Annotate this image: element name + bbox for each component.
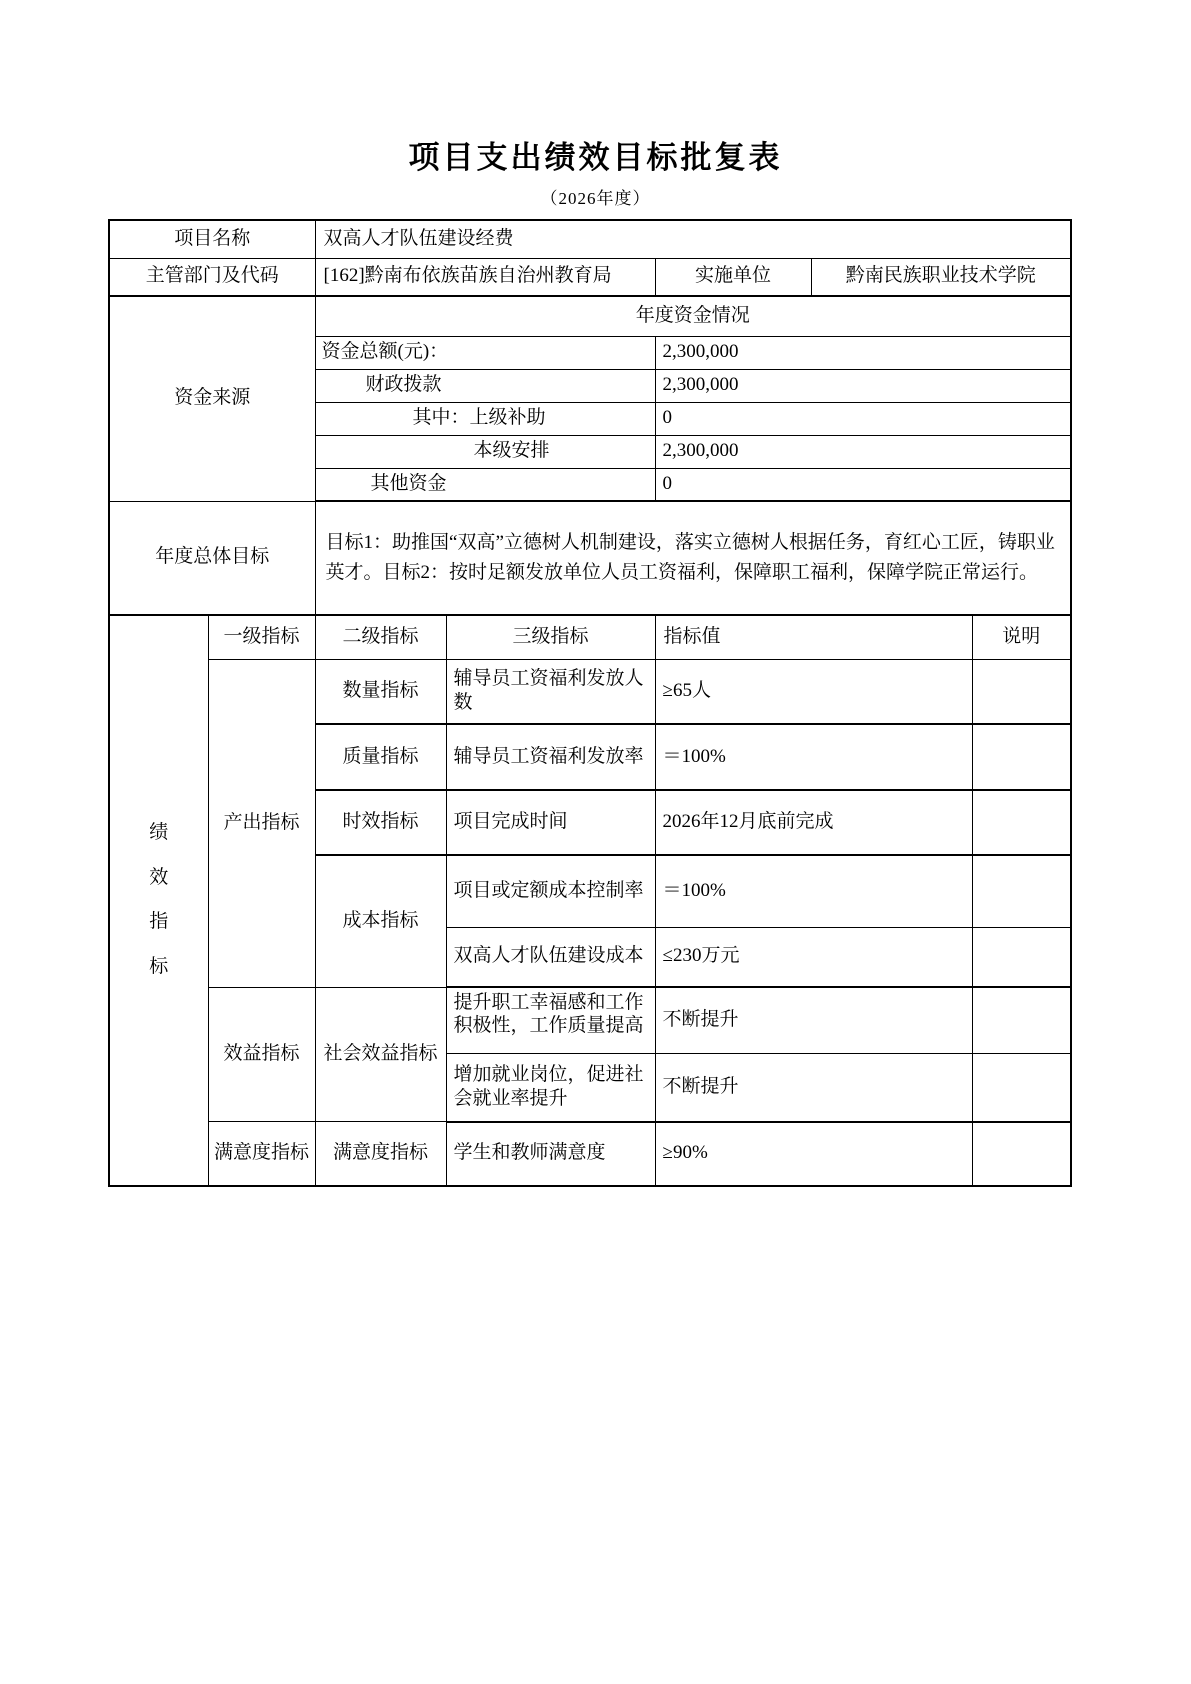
document-page: 项目支出绩效目标批复表 （2026年度） 项目名称 双高人才队伍建设经费 主管部… [0, 0, 1191, 1684]
funding-upper-subsidy-label: 其中：上级补助 [315, 402, 655, 435]
header-level1: 一级指标 [208, 615, 315, 659]
funding-total-value: 2,300,000 [655, 336, 1071, 369]
page-title: 项目支出绩效目标批复表 [0, 132, 1191, 177]
funding-fiscal-label: 财政拨款 [315, 369, 655, 402]
annual-goal-text: 目标1：助推国“双高”立德树人机制建设，落实立德树人根据任务，育红心工匠，铸职业… [315, 501, 1071, 615]
level2-timeliness: 时效指标 [315, 790, 446, 855]
level2-satisfaction: 满意度指标 [315, 1122, 446, 1186]
value-quality: ＝100% [655, 724, 972, 790]
funding-other-label: 其他资金 [315, 468, 655, 501]
value-cost-control: ＝100% [655, 855, 972, 927]
note-cell [972, 1054, 1071, 1122]
header-level3: 三级指标 [446, 615, 655, 659]
level3-cost-control: 项目或定额成本控制率 [446, 855, 655, 927]
level3-employment: 增加就业岗位，促进社会就业率提升 [446, 1054, 655, 1122]
level1-benefit: 效益指标 [208, 987, 315, 1122]
dept-value: [162]黔南布依族苗族自治州教育局 [315, 258, 655, 296]
page-subtitle: （2026年度） [0, 184, 1191, 209]
value-team-cost: ≤230万元 [655, 927, 972, 987]
value-timeliness: 2026年12月底前完成 [655, 790, 972, 855]
project-name-value: 双高人才队伍建设经费 [315, 220, 1071, 258]
level2-quantity: 数量指标 [315, 659, 446, 724]
funding-other-value: 0 [655, 468, 1071, 501]
performance-target-table: 项目名称 双高人才队伍建设经费 主管部门及代码 [162]黔南布依族苗族自治州教… [108, 219, 1072, 1187]
header-value: 指标值 [655, 615, 972, 659]
performance-indicator-label: 绩 效 指 标 [109, 615, 208, 1186]
header-note: 说明 [972, 615, 1071, 659]
level3-satisfaction: 学生和教师满意度 [446, 1122, 655, 1186]
annual-funding-title: 年度资金情况 [315, 296, 1071, 336]
value-employment: 不断提升 [655, 1054, 972, 1122]
note-cell [972, 1122, 1071, 1186]
note-cell [972, 724, 1071, 790]
note-cell [972, 790, 1071, 855]
annual-goal-label: 年度总体目标 [109, 501, 315, 615]
value-satisfaction: ≥90% [655, 1122, 972, 1186]
level2-social-benefit: 社会效益指标 [315, 987, 446, 1122]
level3-happiness: 提升职工幸福感和工作积极性，工作质量提高 [446, 987, 655, 1054]
level2-quality: 质量指标 [315, 724, 446, 790]
funding-total-label: 资金总额(元)： [315, 336, 655, 369]
note-cell [972, 659, 1071, 724]
value-happiness: 不断提升 [655, 987, 972, 1054]
note-cell [972, 855, 1071, 927]
level1-output: 产出指标 [208, 659, 315, 987]
level3-quantity: 辅导员工资福利发放人数 [446, 659, 655, 724]
level1-satisfaction: 满意度指标 [208, 1122, 315, 1186]
header-level2: 二级指标 [315, 615, 446, 659]
level3-happiness-text: 提升职工幸福感和工作积极性，工作质量提高 [454, 991, 651, 1051]
impl-unit-value: 黔南民族职业技术学院 [811, 258, 1071, 296]
level3-team-cost: 双高人才队伍建设成本 [446, 927, 655, 987]
impl-unit-label: 实施单位 [655, 258, 811, 296]
funding-upper-subsidy-value: 0 [655, 402, 1071, 435]
funding-local-value: 2,300,000 [655, 435, 1071, 468]
project-name-label: 项目名称 [109, 220, 315, 258]
funding-source-label: 资金来源 [109, 296, 315, 501]
level3-timeliness: 项目完成时间 [446, 790, 655, 855]
level3-quality: 辅导员工资福利发放率 [446, 724, 655, 790]
note-cell [972, 987, 1071, 1054]
note-cell [972, 927, 1071, 987]
funding-local-label: 本级安排 [315, 435, 655, 468]
dept-label: 主管部门及代码 [109, 258, 315, 296]
level2-cost: 成本指标 [315, 855, 446, 987]
value-quantity: ≥65人 [655, 659, 972, 724]
funding-fiscal-value: 2,300,000 [655, 369, 1071, 402]
